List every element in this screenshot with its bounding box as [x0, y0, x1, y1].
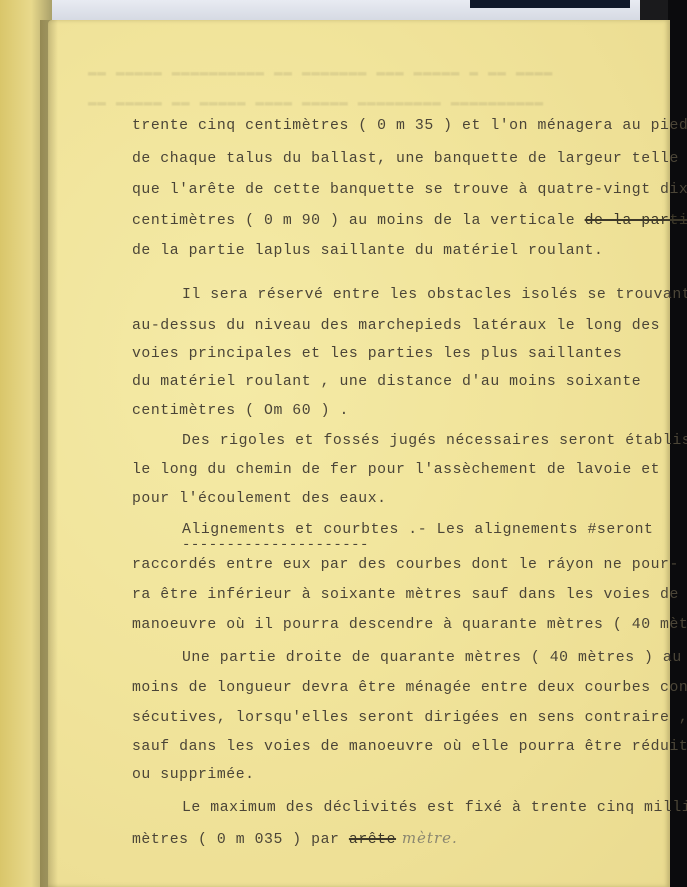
- page-spine-shadow: [40, 20, 58, 887]
- heading-underline: ---------------------: [182, 537, 369, 553]
- handwritten-correction: mètre.: [396, 829, 458, 847]
- text-line: de chaque talus du ballast, une banquett…: [132, 151, 679, 167]
- text-line: Des rigoles et fossés jugés nécessaires …: [132, 433, 687, 449]
- text-line: de la partie laplus saillante du matérie…: [132, 243, 603, 259]
- text-line: moins de longueur devra être ménagée ent…: [132, 680, 687, 696]
- section-heading-line: Alignements et courbtes .- Les alignemen…: [132, 522, 653, 538]
- text-line: Une partie droite de quarante mètres ( 4…: [132, 650, 682, 666]
- text-line: mètres ( 0 m 035 ) par arête mètre.: [132, 829, 458, 848]
- text-line: manoeuvre où il pourra descendre à quara…: [132, 617, 687, 633]
- text-line: Il sera réservé entre les obstacles isol…: [132, 287, 687, 303]
- text-line: ra être inférieur à soixante mètres sauf…: [132, 587, 679, 603]
- text-span: centimètres ( 0 m 90 ) au moins de la ve…: [132, 213, 585, 229]
- text-line: pour l'écoulement des eaux.: [132, 491, 387, 507]
- struck-text: arête: [349, 832, 396, 848]
- text-line: du matériel roulant , une distance d'au …: [132, 374, 641, 390]
- text-line: centimètres ( 0 m 90 ) au moins de la ve…: [132, 213, 687, 229]
- text-line: sauf dans les voies de manoeuvre où elle…: [132, 739, 687, 755]
- text-line: ou supprimée.: [132, 767, 255, 783]
- text-line: raccordés entre eux par des courbes dont…: [132, 557, 679, 573]
- text-line: trente cinq centimètres ( 0 m 35 ) et l'…: [132, 118, 687, 134]
- text-line: voies principales et les parties les plu…: [132, 346, 622, 362]
- text-line: sécutives, lorsqu'elles seront dirigées …: [132, 710, 687, 726]
- text-line: le long du chemin de fer pour l'assèchem…: [132, 462, 660, 478]
- text-line: centimètres ( Om 60 ) .: [132, 403, 349, 419]
- text-span: mètres ( 0 m 035 ) par: [132, 832, 349, 848]
- text-line: au-dessus du niveau des marchepieds laté…: [132, 318, 660, 334]
- text-line: Le maximum des déclivités est fixé à tre…: [132, 800, 687, 816]
- struck-text: de la partie: [585, 213, 687, 229]
- text-line: que l'arête de cette banquette se trouve…: [132, 182, 687, 198]
- typewritten-text: trente cinq centimètres ( 0 m 35 ) et l'…: [132, 0, 672, 887]
